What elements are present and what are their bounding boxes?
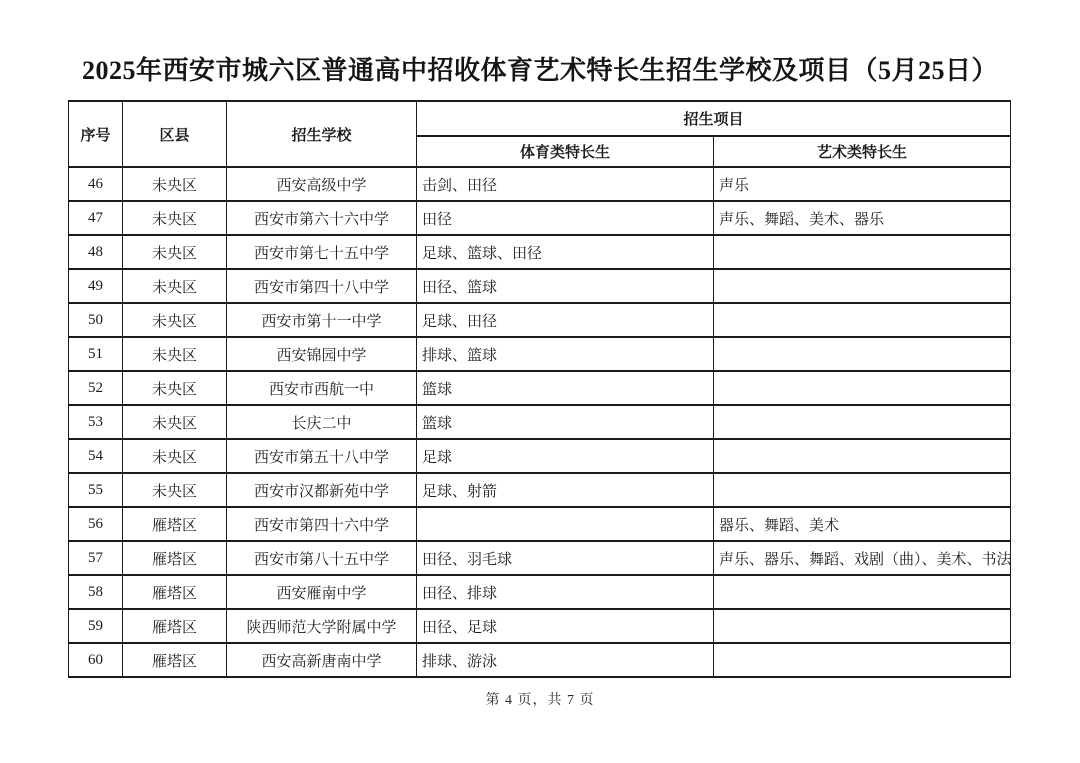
cell-sports: 田径、羽毛球 xyxy=(417,541,714,575)
cell-district: 雁塔区 xyxy=(123,609,227,643)
cell-arts xyxy=(714,235,1011,269)
cell-sports: 排球、篮球 xyxy=(417,337,714,371)
cell-arts xyxy=(714,337,1011,371)
cell-sports: 击剑、田径 xyxy=(417,167,714,201)
cell-sports: 足球、篮球、田径 xyxy=(417,235,714,269)
cell-index: 51 xyxy=(69,337,123,371)
header-col-sports: 体育类特长生 xyxy=(417,136,714,167)
cell-index: 58 xyxy=(69,575,123,609)
cell-sports: 田径、篮球 xyxy=(417,269,714,303)
cell-arts xyxy=(714,575,1011,609)
cell-index: 53 xyxy=(69,405,123,439)
cell-school: 西安市第四十八中学 xyxy=(227,269,417,303)
cell-arts xyxy=(714,473,1011,507)
cell-index: 56 xyxy=(69,507,123,541)
admissions-table: 序号 区县 招生学校 招生项目 体育类特长生 艺术类特长生 46 未央区 西安高… xyxy=(68,100,1011,678)
cell-arts: 声乐、舞蹈、美术、器乐 xyxy=(714,201,1011,235)
cell-school: 西安市第十一中学 xyxy=(227,303,417,337)
cell-index: 59 xyxy=(69,609,123,643)
cell-district: 未央区 xyxy=(123,337,227,371)
cell-school: 西安雁南中学 xyxy=(227,575,417,609)
document-page: 2025年西安市城六区普通高中招收体育艺术特长生招生学校及项目（5月25日） 序… xyxy=(0,0,1080,763)
cell-arts xyxy=(714,371,1011,405)
cell-school: 西安高级中学 xyxy=(227,167,417,201)
cell-arts xyxy=(714,269,1011,303)
cell-arts: 声乐、器乐、舞蹈、戏剧（曲）、美术、书法 xyxy=(714,541,1011,575)
cell-sports: 足球、射箭 xyxy=(417,473,714,507)
table-row: 51 未央区 西安锦园中学 排球、篮球 xyxy=(69,337,1011,371)
cell-district: 雁塔区 xyxy=(123,507,227,541)
table-row: 60 雁塔区 西安高新唐南中学 排球、游泳 xyxy=(69,643,1011,677)
cell-sports: 篮球 xyxy=(417,405,714,439)
cell-district: 雁塔区 xyxy=(123,541,227,575)
cell-index: 52 xyxy=(69,371,123,405)
cell-index: 60 xyxy=(69,643,123,677)
table-row: 55 未央区 西安市汉都新苑中学 足球、射箭 xyxy=(69,473,1011,507)
cell-sports: 足球 xyxy=(417,439,714,473)
cell-school: 西安市第六十六中学 xyxy=(227,201,417,235)
cell-sports: 田径、排球 xyxy=(417,575,714,609)
cell-district: 未央区 xyxy=(123,303,227,337)
header-col-school: 招生学校 xyxy=(227,101,417,167)
cell-district: 未央区 xyxy=(123,235,227,269)
cell-arts xyxy=(714,303,1011,337)
cell-school: 西安市汉都新苑中学 xyxy=(227,473,417,507)
cell-index: 57 xyxy=(69,541,123,575)
table-row: 59 雁塔区 陕西师范大学附属中学 田径、足球 xyxy=(69,609,1011,643)
cell-school: 西安市第八十五中学 xyxy=(227,541,417,575)
table-row: 54 未央区 西安市第五十八中学 足球 xyxy=(69,439,1011,473)
table-row: 50 未央区 西安市第十一中学 足球、田径 xyxy=(69,303,1011,337)
header-col-projects: 招生项目 xyxy=(417,101,1011,136)
cell-arts xyxy=(714,609,1011,643)
cell-district: 未央区 xyxy=(123,167,227,201)
cell-district: 未央区 xyxy=(123,473,227,507)
cell-school: 西安市第七十五中学 xyxy=(227,235,417,269)
cell-arts xyxy=(714,439,1011,473)
cell-sports: 足球、田径 xyxy=(417,303,714,337)
table-row: 49 未央区 西安市第四十八中学 田径、篮球 xyxy=(69,269,1011,303)
header-col-index: 序号 xyxy=(69,101,123,167)
cell-school: 西安高新唐南中学 xyxy=(227,643,417,677)
cell-arts xyxy=(714,405,1011,439)
page-number-footer: 第 4 页，共 7 页 xyxy=(0,689,1080,709)
cell-index: 47 xyxy=(69,201,123,235)
cell-arts: 声乐 xyxy=(714,167,1011,201)
cell-district: 未央区 xyxy=(123,371,227,405)
cell-school: 西安市第四十六中学 xyxy=(227,507,417,541)
cell-sports: 排球、游泳 xyxy=(417,643,714,677)
cell-arts: 器乐、舞蹈、美术 xyxy=(714,507,1011,541)
cell-district: 未央区 xyxy=(123,405,227,439)
table-row: 48 未央区 西安市第七十五中学 足球、篮球、田径 xyxy=(69,235,1011,269)
table-row: 53 未央区 长庆二中 篮球 xyxy=(69,405,1011,439)
table-row: 56 雁塔区 西安市第四十六中学 器乐、舞蹈、美术 xyxy=(69,507,1011,541)
cell-sports: 田径 xyxy=(417,201,714,235)
cell-index: 50 xyxy=(69,303,123,337)
cell-school: 长庆二中 xyxy=(227,405,417,439)
cell-index: 55 xyxy=(69,473,123,507)
cell-school: 西安市西航一中 xyxy=(227,371,417,405)
cell-district: 雁塔区 xyxy=(123,643,227,677)
table-row: 57 雁塔区 西安市第八十五中学 田径、羽毛球 声乐、器乐、舞蹈、戏剧（曲）、美… xyxy=(69,541,1011,575)
cell-index: 54 xyxy=(69,439,123,473)
cell-index: 49 xyxy=(69,269,123,303)
table-row: 47 未央区 西安市第六十六中学 田径 声乐、舞蹈、美术、器乐 xyxy=(69,201,1011,235)
cell-district: 未央区 xyxy=(123,201,227,235)
cell-sports: 篮球 xyxy=(417,371,714,405)
page-title: 2025年西安市城六区普通高中招收体育艺术特长生招生学校及项目（5月25日） xyxy=(0,0,1080,87)
cell-sports xyxy=(417,507,714,541)
table-header: 序号 区县 招生学校 招生项目 体育类特长生 艺术类特长生 xyxy=(69,101,1011,167)
cell-sports: 田径、足球 xyxy=(417,609,714,643)
cell-school: 西安锦园中学 xyxy=(227,337,417,371)
header-row-top: 序号 区县 招生学校 招生项目 xyxy=(69,101,1011,136)
cell-district: 雁塔区 xyxy=(123,575,227,609)
cell-index: 46 xyxy=(69,167,123,201)
table-row: 52 未央区 西安市西航一中 篮球 xyxy=(69,371,1011,405)
cell-school: 陕西师范大学附属中学 xyxy=(227,609,417,643)
table-body: 46 未央区 西安高级中学 击剑、田径 声乐 47 未央区 西安市第六十六中学 … xyxy=(69,167,1011,677)
cell-school: 西安市第五十八中学 xyxy=(227,439,417,473)
cell-district: 未央区 xyxy=(123,439,227,473)
cell-district: 未央区 xyxy=(123,269,227,303)
table-row: 58 雁塔区 西安雁南中学 田径、排球 xyxy=(69,575,1011,609)
cell-arts xyxy=(714,643,1011,677)
table-row: 46 未央区 西安高级中学 击剑、田径 声乐 xyxy=(69,167,1011,201)
cell-index: 48 xyxy=(69,235,123,269)
header-col-district: 区县 xyxy=(123,101,227,167)
header-col-arts: 艺术类特长生 xyxy=(714,136,1011,167)
